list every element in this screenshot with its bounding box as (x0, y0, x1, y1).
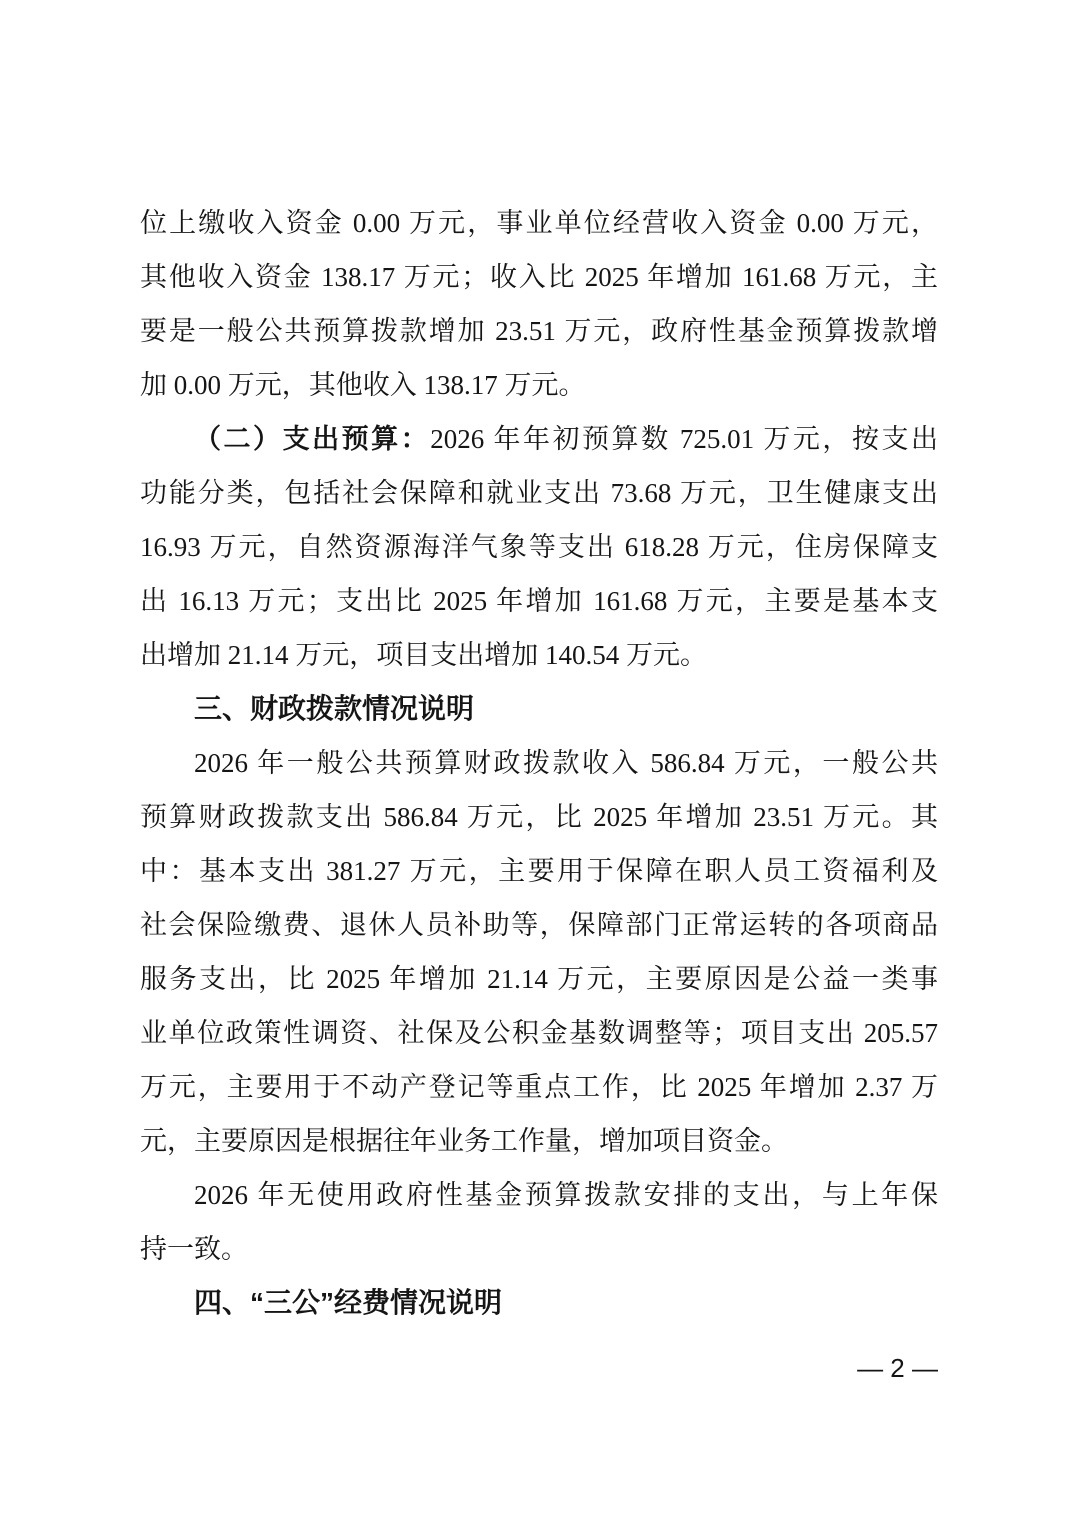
text-line: 要是一般公共预算拨款增加 23.51 万元，政府性基金预算拨款增 (140, 304, 938, 358)
section-heading-fiscal-appropriation: 三、财政拨款情况说明 (140, 682, 938, 736)
text-line-rest: 2026 年年初预算数 725.01 万元，按支出 (430, 424, 938, 454)
document-page: 位上缴收入资金 0.00 万元，事业单位经营收入资金 0.00 万元， 其他收入… (0, 0, 1074, 1520)
text-line: 功能分类，包括社会保障和就业支出 73.68 万元，卫生健康支出 (140, 466, 938, 520)
text-line: 持一致。 (140, 1222, 938, 1276)
section-heading-three-public-expenses: 四、“三公”经费情况说明 (140, 1276, 938, 1330)
text-line: 业单位政策性调资、社保及公积金基数调整等；项目支出 205.57 (140, 1006, 938, 1060)
text-line: 16.93 万元，自然资源海洋气象等支出 618.28 万元，住房保障支 (140, 520, 938, 574)
text-line: 加 0.00 万元，其他收入 138.17 万元。 (140, 358, 938, 412)
text-line: 其他收入资金 138.17 万元；收入比 2025 年增加 161.68 万元，… (140, 250, 938, 304)
text-line: 元，主要原因是根据往年业务工作量，增加项目资金。 (140, 1114, 938, 1168)
text-line: 服务支出，比 2025 年增加 21.14 万元，主要原因是公益一类事 (140, 952, 938, 1006)
text-line: 中：基本支出 381.27 万元，主要用于保障在职人员工资福利及 (140, 844, 938, 898)
text-line: 出增加 21.14 万元，项目支出增加 140.54 万元。 (140, 628, 938, 682)
text-line: 社会保险缴费、退休人员补助等，保障部门正常运转的各项商品 (140, 898, 938, 952)
text-line: 出 16.13 万元；支出比 2025 年增加 161.68 万元，主要是基本支 (140, 574, 938, 628)
text-line: 预算财政拨款支出 586.84 万元，比 2025 年增加 23.51 万元。其 (140, 790, 938, 844)
subheading-label: （二）支出预算： (194, 424, 430, 454)
text-block: 位上缴收入资金 0.00 万元，事业单位经营收入资金 0.00 万元， 其他收入… (140, 196, 938, 1330)
text-line: 万元，主要用于不动产登记等重点工作，比 2025 年增加 2.37 万 (140, 1060, 938, 1114)
text-line-subheading-expenditure: （二）支出预算：2026 年年初预算数 725.01 万元，按支出 (140, 412, 938, 466)
text-line: 2026 年无使用政府性基金预算拨款安排的支出，与上年保 (140, 1168, 938, 1222)
text-line: 位上缴收入资金 0.00 万元，事业单位经营收入资金 0.00 万元， (140, 196, 938, 250)
page-number: — 2 — (140, 1348, 938, 1388)
text-line: 2026 年一般公共预算财政拨款收入 586.84 万元，一般公共 (140, 736, 938, 790)
